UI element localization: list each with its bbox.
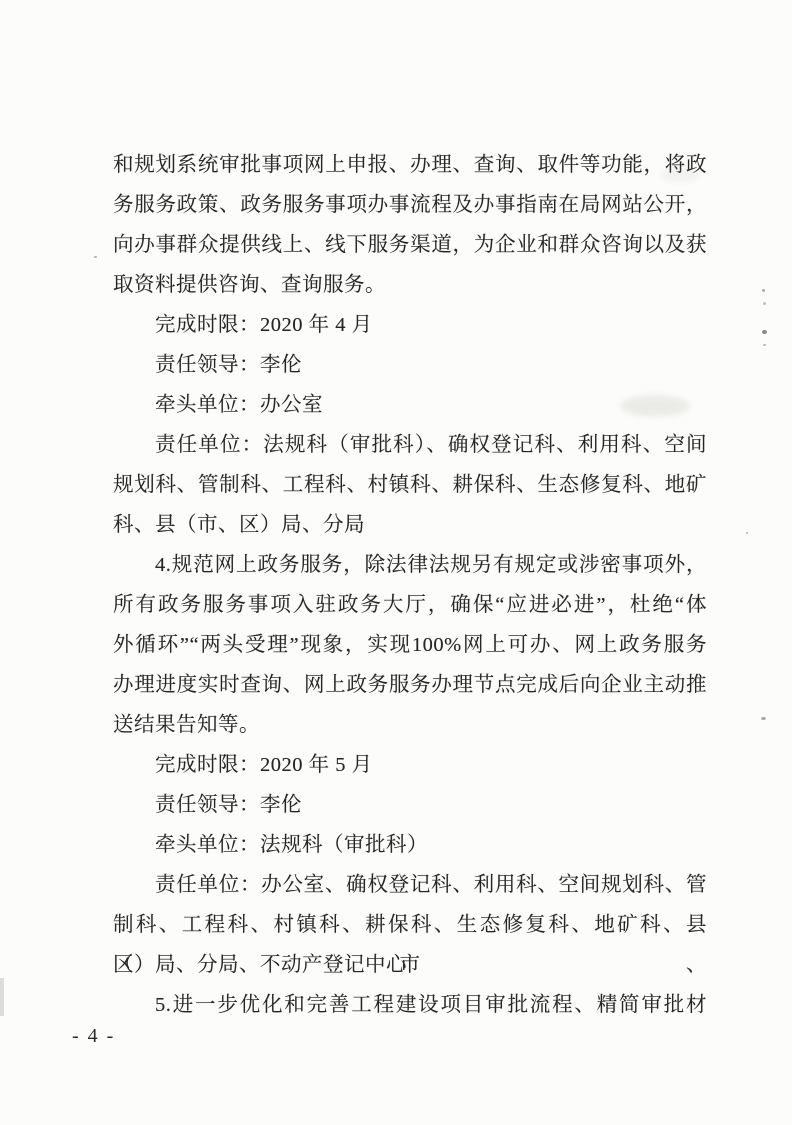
scan-speck xyxy=(762,289,765,292)
scan-smudge xyxy=(620,395,690,417)
scan-speck xyxy=(763,302,766,305)
text-line-responsible-leader: 责任领导：李伦 xyxy=(113,785,707,825)
page-number: - 4 - xyxy=(72,1022,115,1050)
scan-top-edge-artifact xyxy=(0,0,792,3)
document-body: 和规划系统审批事项网上申报、办理、查询、取件等功能，将政 务服务政策、政务服务事… xyxy=(113,145,707,1025)
text-line-lead-unit: 牵头单位：办公室 xyxy=(113,385,707,425)
text-line-responsible-units: 责任单位：办公室、确权登记科、利用科、空间规划科、管 xyxy=(113,865,707,905)
text-line-completion-deadline: 完成时限：2020 年 5 月 xyxy=(113,745,707,785)
text-line-item-5: 5.进一步优化和完善工程建设项目审批流程、精简审批材 xyxy=(113,985,707,1025)
scan-speck xyxy=(763,344,766,346)
scan-left-edge-artifact xyxy=(0,978,4,1016)
text-line: 和规划系统审批事项网上申报、办理、查询、取件等功能，将政 xyxy=(113,145,707,185)
text-line-item-4: 4.规范网上政务服务，除法律法规另有规定或涉密事项外， xyxy=(113,545,707,585)
text-line: 取资料提供咨询、查询服务。 xyxy=(113,265,707,305)
text-line: 外循环”“两头受理”现象，实现100%网上可办、网上政务服务 xyxy=(113,625,707,665)
scan-speck xyxy=(94,256,97,258)
text-line-completion-deadline: 完成时限：2020 年 4 月 xyxy=(113,305,707,345)
text-line: 制科、工程科、村镇科、耕保科、生态修复科、地矿科、县（市、 xyxy=(113,905,707,945)
document-page: 和规划系统审批事项网上申报、办理、查询、取件等功能，将政 务服务政策、政务服务事… xyxy=(0,0,792,1125)
text-line: 科、县（市、区）局、分局 xyxy=(113,505,707,545)
text-line: 所有政务服务事项入驻政务大厅，确保“应进必进”，杜绝“体 xyxy=(113,585,707,625)
text-line-responsible-leader: 责任领导：李伦 xyxy=(113,345,707,385)
scan-speck xyxy=(761,717,766,720)
text-line: 规划科、管制科、工程科、村镇科、耕保科、生态修复科、地矿 xyxy=(113,465,707,505)
text-line: 办理进度实时查询、网上政务服务办理节点完成后向企业主动推 xyxy=(113,665,707,705)
text-line-lead-unit: 牵头单位：法规科（审批科） xyxy=(113,825,707,865)
text-line-responsible-units: 责任单位：法规科（审批科）、确权登记科、利用科、空间 xyxy=(113,425,707,465)
scan-speck xyxy=(762,330,767,334)
scan-smudge xyxy=(660,168,700,182)
text-line: 务服务政策、政务服务事项办事流程及办事指南在局网站公开， xyxy=(113,185,707,225)
scan-speck xyxy=(746,532,748,534)
text-line: 送结果告知等。 xyxy=(113,705,707,745)
text-line: 向办事群众提供线上、线下服务渠道，为企业和群众咨询以及获 xyxy=(113,225,707,265)
